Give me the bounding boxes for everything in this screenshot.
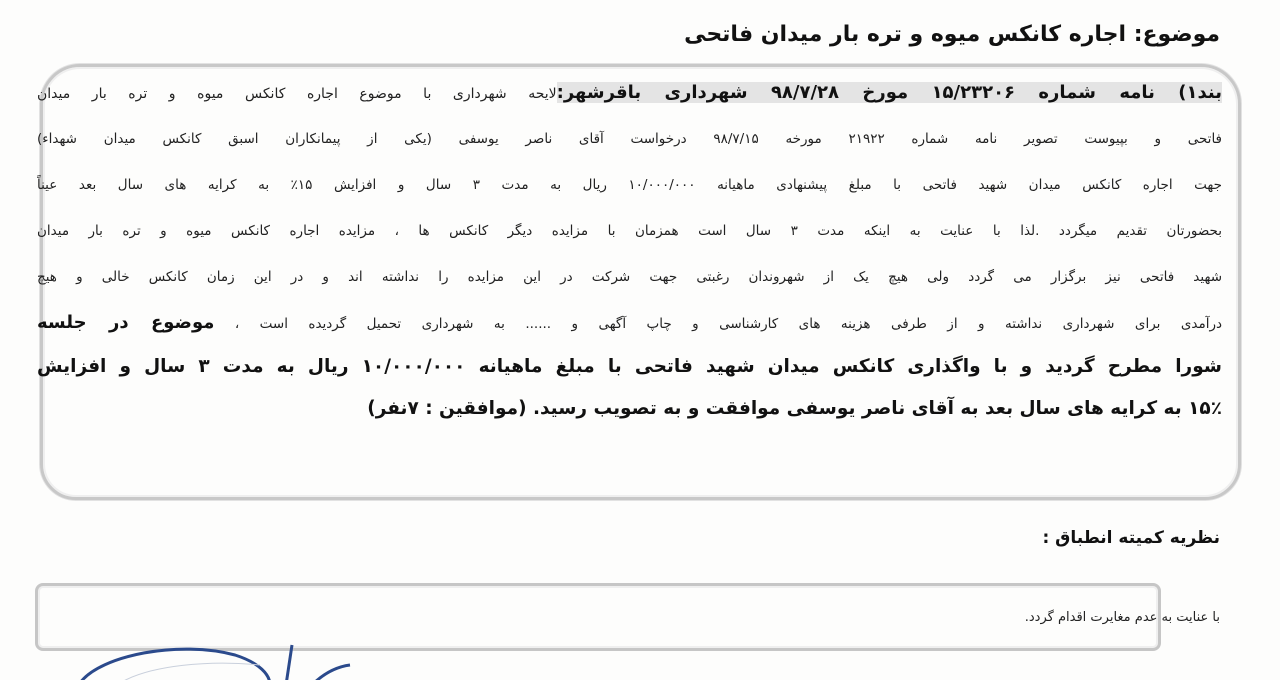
clause-paragraph: بند۱) نامه شماره ۱۵/۲۳۲۰۶ مورخ ۹۸/۷/۲۸ ش… bbox=[37, 70, 1222, 430]
clause-line-3: جهت اجاره کانکس میدان شهید فاتحی با مبلغ… bbox=[37, 162, 1222, 208]
clause-line-1: بند۱) نامه شماره ۱۵/۲۳۲۰۶ مورخ ۹۸/۷/۲۸ ش… bbox=[37, 70, 1222, 116]
committee-opinion: با عنایت به عدم مغایرت اقدام گردد. bbox=[1025, 610, 1220, 625]
clause-heading: بند۱) نامه شماره ۱۵/۲۳۲۰۶ مورخ ۹۸/۷/۲۸ ش… bbox=[557, 82, 1222, 103]
committee-title: نظریه کمیته انطباق : bbox=[1042, 528, 1220, 548]
clause-emphasis: موضوع در جلسه bbox=[37, 312, 214, 333]
clause-line-2: فاتحی و بپیوست تصویر نامه شماره ۲۱۹۲۲ مو… bbox=[37, 116, 1222, 162]
clause-line-6: درآمدی برای شهرداری نداشته و از طرفی هزی… bbox=[37, 300, 1222, 346]
resolution-line-2: ۱۵٪ به کرایه های سال بعد به آقای ناصر یو… bbox=[37, 388, 1222, 430]
clause-line-4: بحضورتان تقدیم میگردد .لذا با عنایت به ا… bbox=[37, 208, 1222, 254]
clause-text: درآمدی برای شهرداری نداشته و از طرفی هزی… bbox=[235, 316, 1222, 332]
clause-text: لایحه شهرداری با موضوع اجاره کانکس میوه … bbox=[37, 86, 557, 102]
resolution-line-1: شورا مطرح گردید و با واگذاری کانکس میدان… bbox=[37, 346, 1222, 388]
clause-line-5: شهید فاتحی نیز برگزار می گردد ولی هیچ یک… bbox=[37, 254, 1222, 300]
document-title: موضوع: اجاره کانکس میوه و تره بار میدان … bbox=[684, 22, 1220, 47]
signature-icon bbox=[60, 635, 380, 680]
